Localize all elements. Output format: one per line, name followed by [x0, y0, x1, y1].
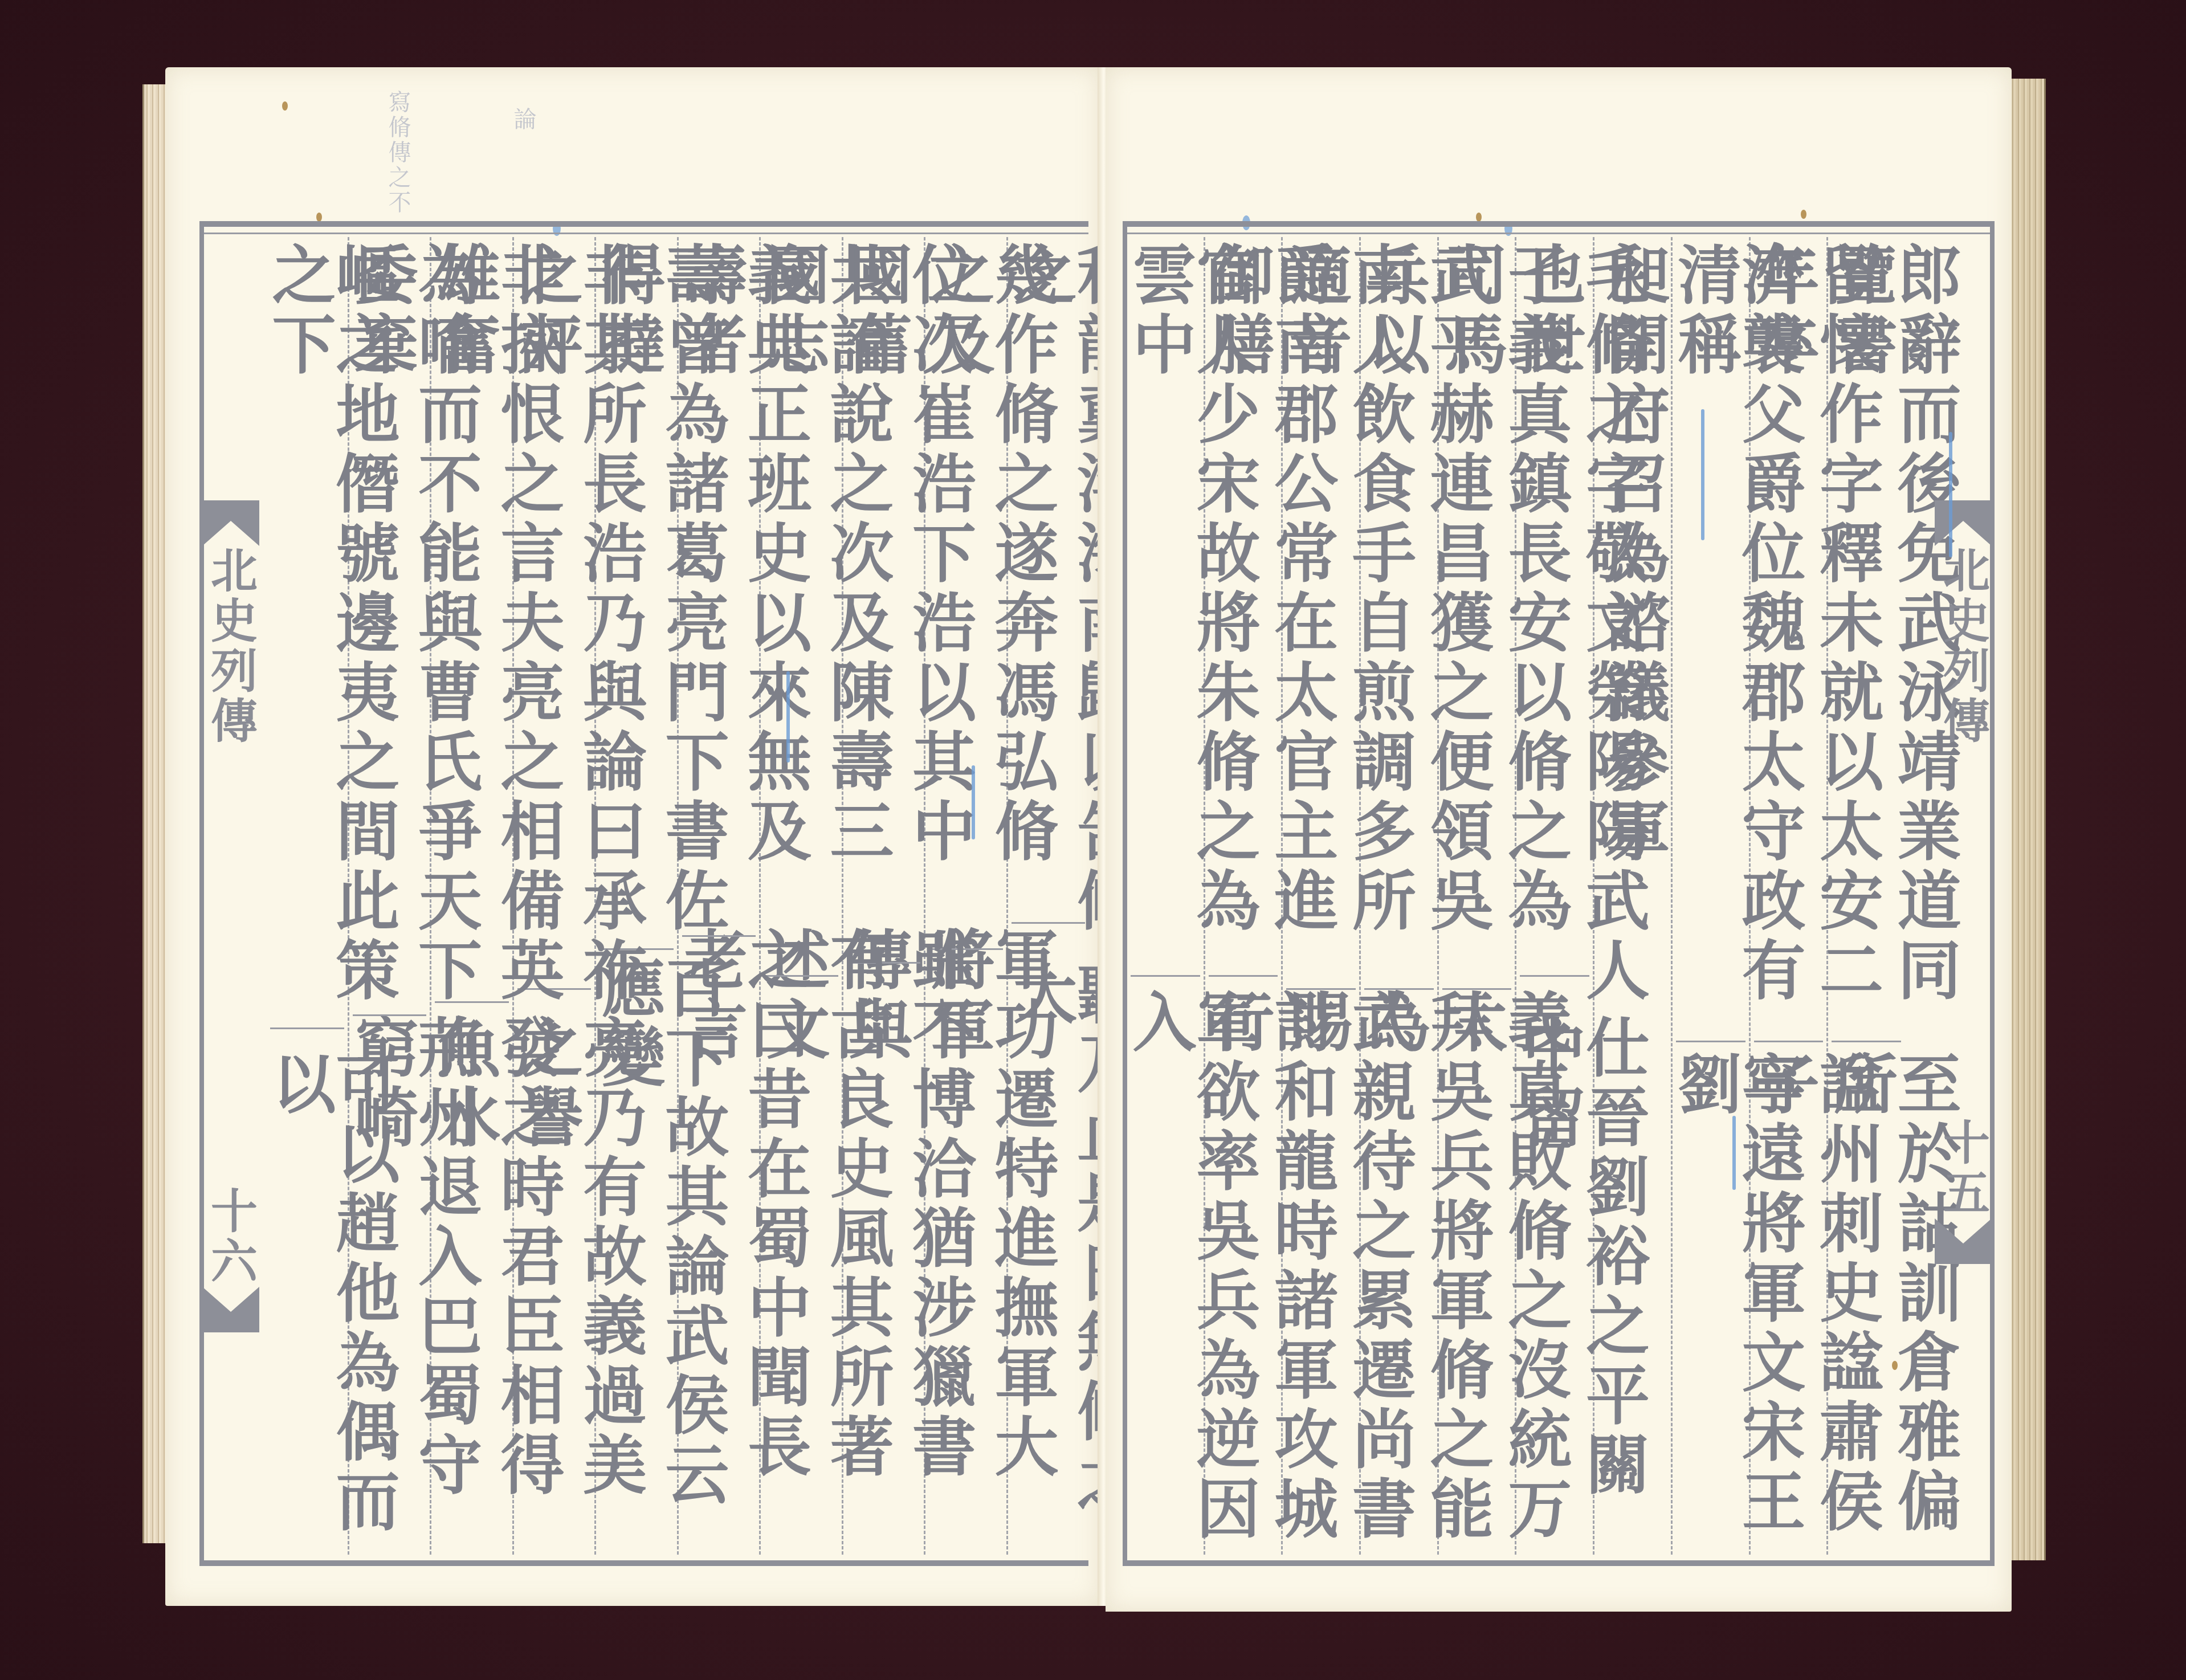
pencil-annotation: 寫脩傳之不	[382, 90, 414, 215]
right-page: 郎辭而後免武泳靖業道同覽書至於詁訓倉雅偏所 留懷作字釋未就以太安二年卒諡州刺史諡…	[1106, 67, 2012, 1612]
open-book: 寫脩傳之不 論 北史列傳 十六 和龍冀浮海南歸以告脩之聽乃止是日無脩之大 幾作脩…	[142, 67, 2046, 1629]
margin-page-number: 十五	[1930, 1118, 1997, 1218]
blue-ink-line	[786, 671, 790, 762]
blue-ink-line	[1701, 409, 1704, 540]
fishtail-ornament-upper	[202, 500, 259, 546]
left-text-columns: 和龍冀浮海南歸以告脩之聽乃止是日無脩之大 幾作脩之遂奔馮弘脩之及軍功遷特進撫軍大…	[267, 237, 1088, 1555]
column-upper-text: 濟襲父爵位魏郡太守政有清稱	[1673, 237, 1800, 1051]
text-column: 濟襲父爵位魏郡太守政有清稱寧遠將軍文宋王劉	[1671, 237, 1749, 1555]
fishtail-ornament-upper	[1935, 500, 1992, 546]
blue-ink-line	[972, 765, 975, 839]
margin-title: 北史列傳	[198, 546, 264, 747]
right-page-border-frame: 郎辭而後免武泳靖業道同覽書至於詁訓倉雅偏所 留懷作字釋未就以太安二年卒諡州刺史諡…	[1123, 221, 1995, 1566]
left-page-border-frame: 北史列傳 十六 和龍冀浮海南歸以告脩之聽乃止是日無脩之大 幾作脩之遂奔馮弘脩之及…	[199, 221, 1088, 1566]
column-upper-text: 官人少宋故將朱脩之為雲中	[1127, 237, 1255, 989]
wormhole	[1476, 213, 1482, 222]
fishtail-ornament-lower	[202, 1287, 259, 1332]
wormhole	[1801, 210, 1806, 219]
column-lower-text: 可以趙他為偶而以	[267, 1051, 394, 1555]
wormhole	[282, 101, 288, 111]
text-column: 官人少宋故將朱脩之為雲中軍欲率吳兵為逆因入	[1127, 237, 1204, 1555]
left-page: 寫脩傳之不 論 北史列傳 十六 和龍冀浮海南歸以告脩之聽乃止是日無脩之大 幾作脩…	[165, 67, 1100, 1606]
blue-ink-line	[1732, 1116, 1736, 1190]
blue-ink-line	[1949, 432, 1952, 557]
text-column: 嶇之地僭號邊夷之間此策之下可以趙他為偶而以	[267, 237, 348, 1555]
column-lower-text: 軍欲率吳兵為逆因入	[1127, 989, 1255, 1555]
fishtail-ornament-lower	[1935, 1218, 1992, 1264]
right-page-fold-margin: 北史列傳 十五	[1932, 227, 1995, 1560]
right-text-columns: 郎辭而後免武泳靖業道同覽書至於詁訓倉雅偏所 留懷作字釋未就以太安二年卒諡州刺史諡…	[1127, 237, 1904, 1555]
wormhole	[316, 213, 322, 222]
margin-page-number: 十六	[198, 1186, 264, 1287]
left-page-fold-margin: 北史列傳 十六	[199, 227, 262, 1560]
column-lower-text: 寧遠將軍文宋王劉	[1673, 1051, 1800, 1555]
pencil-annotation-2: 論	[507, 107, 540, 132]
margin-title: 北史列傳	[1930, 546, 1997, 747]
column-upper-text: 嶇之地僭號邊夷之間此策之下	[267, 237, 394, 1051]
